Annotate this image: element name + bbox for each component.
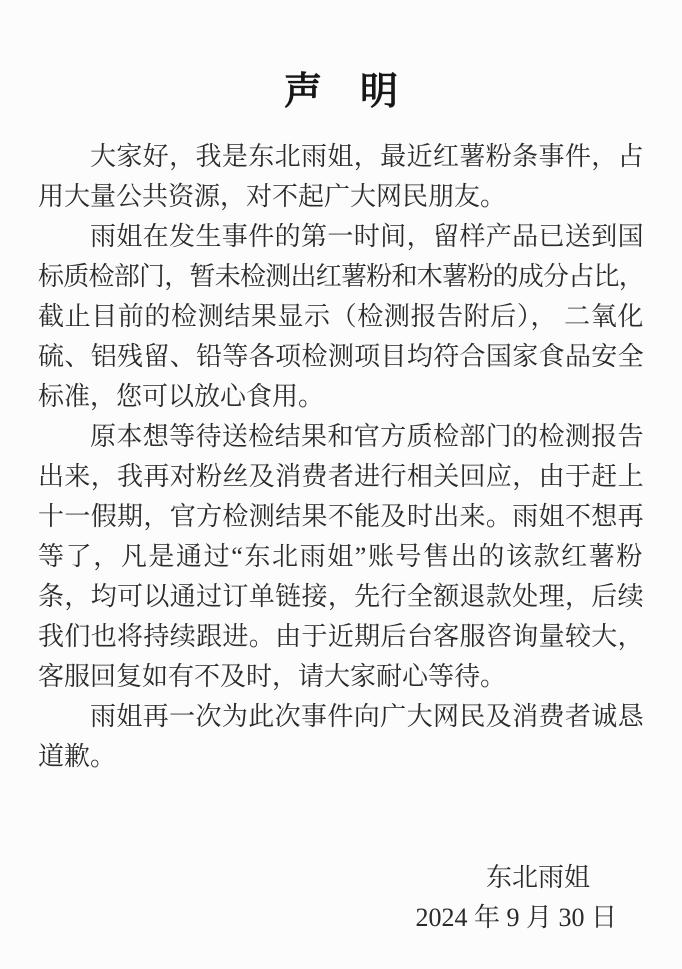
paragraph-line: 硫、铝残留、铅等各项检测项目均符合国家食品安全 (38, 337, 644, 377)
paragraph-line: 原本想等待送检结果和官方质检部门的检测报告 (38, 417, 644, 457)
paragraph: 雨姐在发生事件的第一时间，留样产品已送到国标质检部门，暂未检测出红薯粉和木薯粉的… (38, 217, 644, 417)
paragraph-line: 雨姐再一次为此次事件向广大网民及消费者诚恳 (38, 697, 644, 737)
signature: 东北雨姐 (38, 858, 644, 898)
paragraph-line: 出来，我再对粉丝及消费者进行相关回应，由于赶上 (38, 457, 644, 497)
paragraph: 大家好，我是东北雨姐，最近红薯粉条事件，占用大量公共资源，对不起广大网民朋友。 (38, 137, 644, 217)
paragraph-line: 标质检部门，暂未检测出红薯粉和木薯粉的成分占比， (38, 257, 644, 297)
paragraph-line: 等了，凡是通过“东北雨姐”账号售出的该款红薯粉 (38, 537, 644, 577)
paragraph: 原本想等待送检结果和官方质检部门的检测报告出来，我再对粉丝及消费者进行相关回应，… (38, 417, 644, 697)
paragraph-line: 道歉。 (38, 737, 644, 777)
paragraph-line: 标准，您可以放心食用。 (38, 377, 644, 417)
statement-page: 声 明 大家好，我是东北雨姐，最近红薯粉条事件，占用大量公共资源，对不起广大网民… (0, 0, 682, 969)
paragraph: 雨姐再一次为此次事件向广大网民及消费者诚恳道歉。 (38, 697, 644, 777)
paragraph-line: 雨姐在发生事件的第一时间，留样产品已送到国 (38, 217, 644, 257)
paragraph-line: 截止目前的检测结果显示（检测报告附后）， 二氧化 (38, 297, 644, 337)
paragraph-line: 我们也将持续跟进。由于近期后台客服咨询量较大， (38, 617, 644, 657)
paragraph-line: 大家好，我是东北雨姐，最近红薯粉条事件，占 (38, 137, 644, 177)
paragraph-line: 条，均可以通过订单链接，先行全额退款处理，后续 (38, 577, 644, 617)
paragraph-line: 客服回复如有不及时，请大家耐心等待。 (38, 657, 644, 697)
document-body: 大家好，我是东北雨姐，最近红薯粉条事件，占用大量公共资源，对不起广大网民朋友。雨… (38, 137, 644, 777)
paragraph-line: 十一假期，官方检测结果不能及时出来。雨姐不想再 (38, 497, 644, 537)
signature-date: 2024 年 9 月 30 日 (38, 898, 644, 938)
paragraph-line: 用大量公共资源，对不起广大网民朋友。 (38, 177, 644, 217)
document-title: 声 明 (0, 66, 682, 118)
